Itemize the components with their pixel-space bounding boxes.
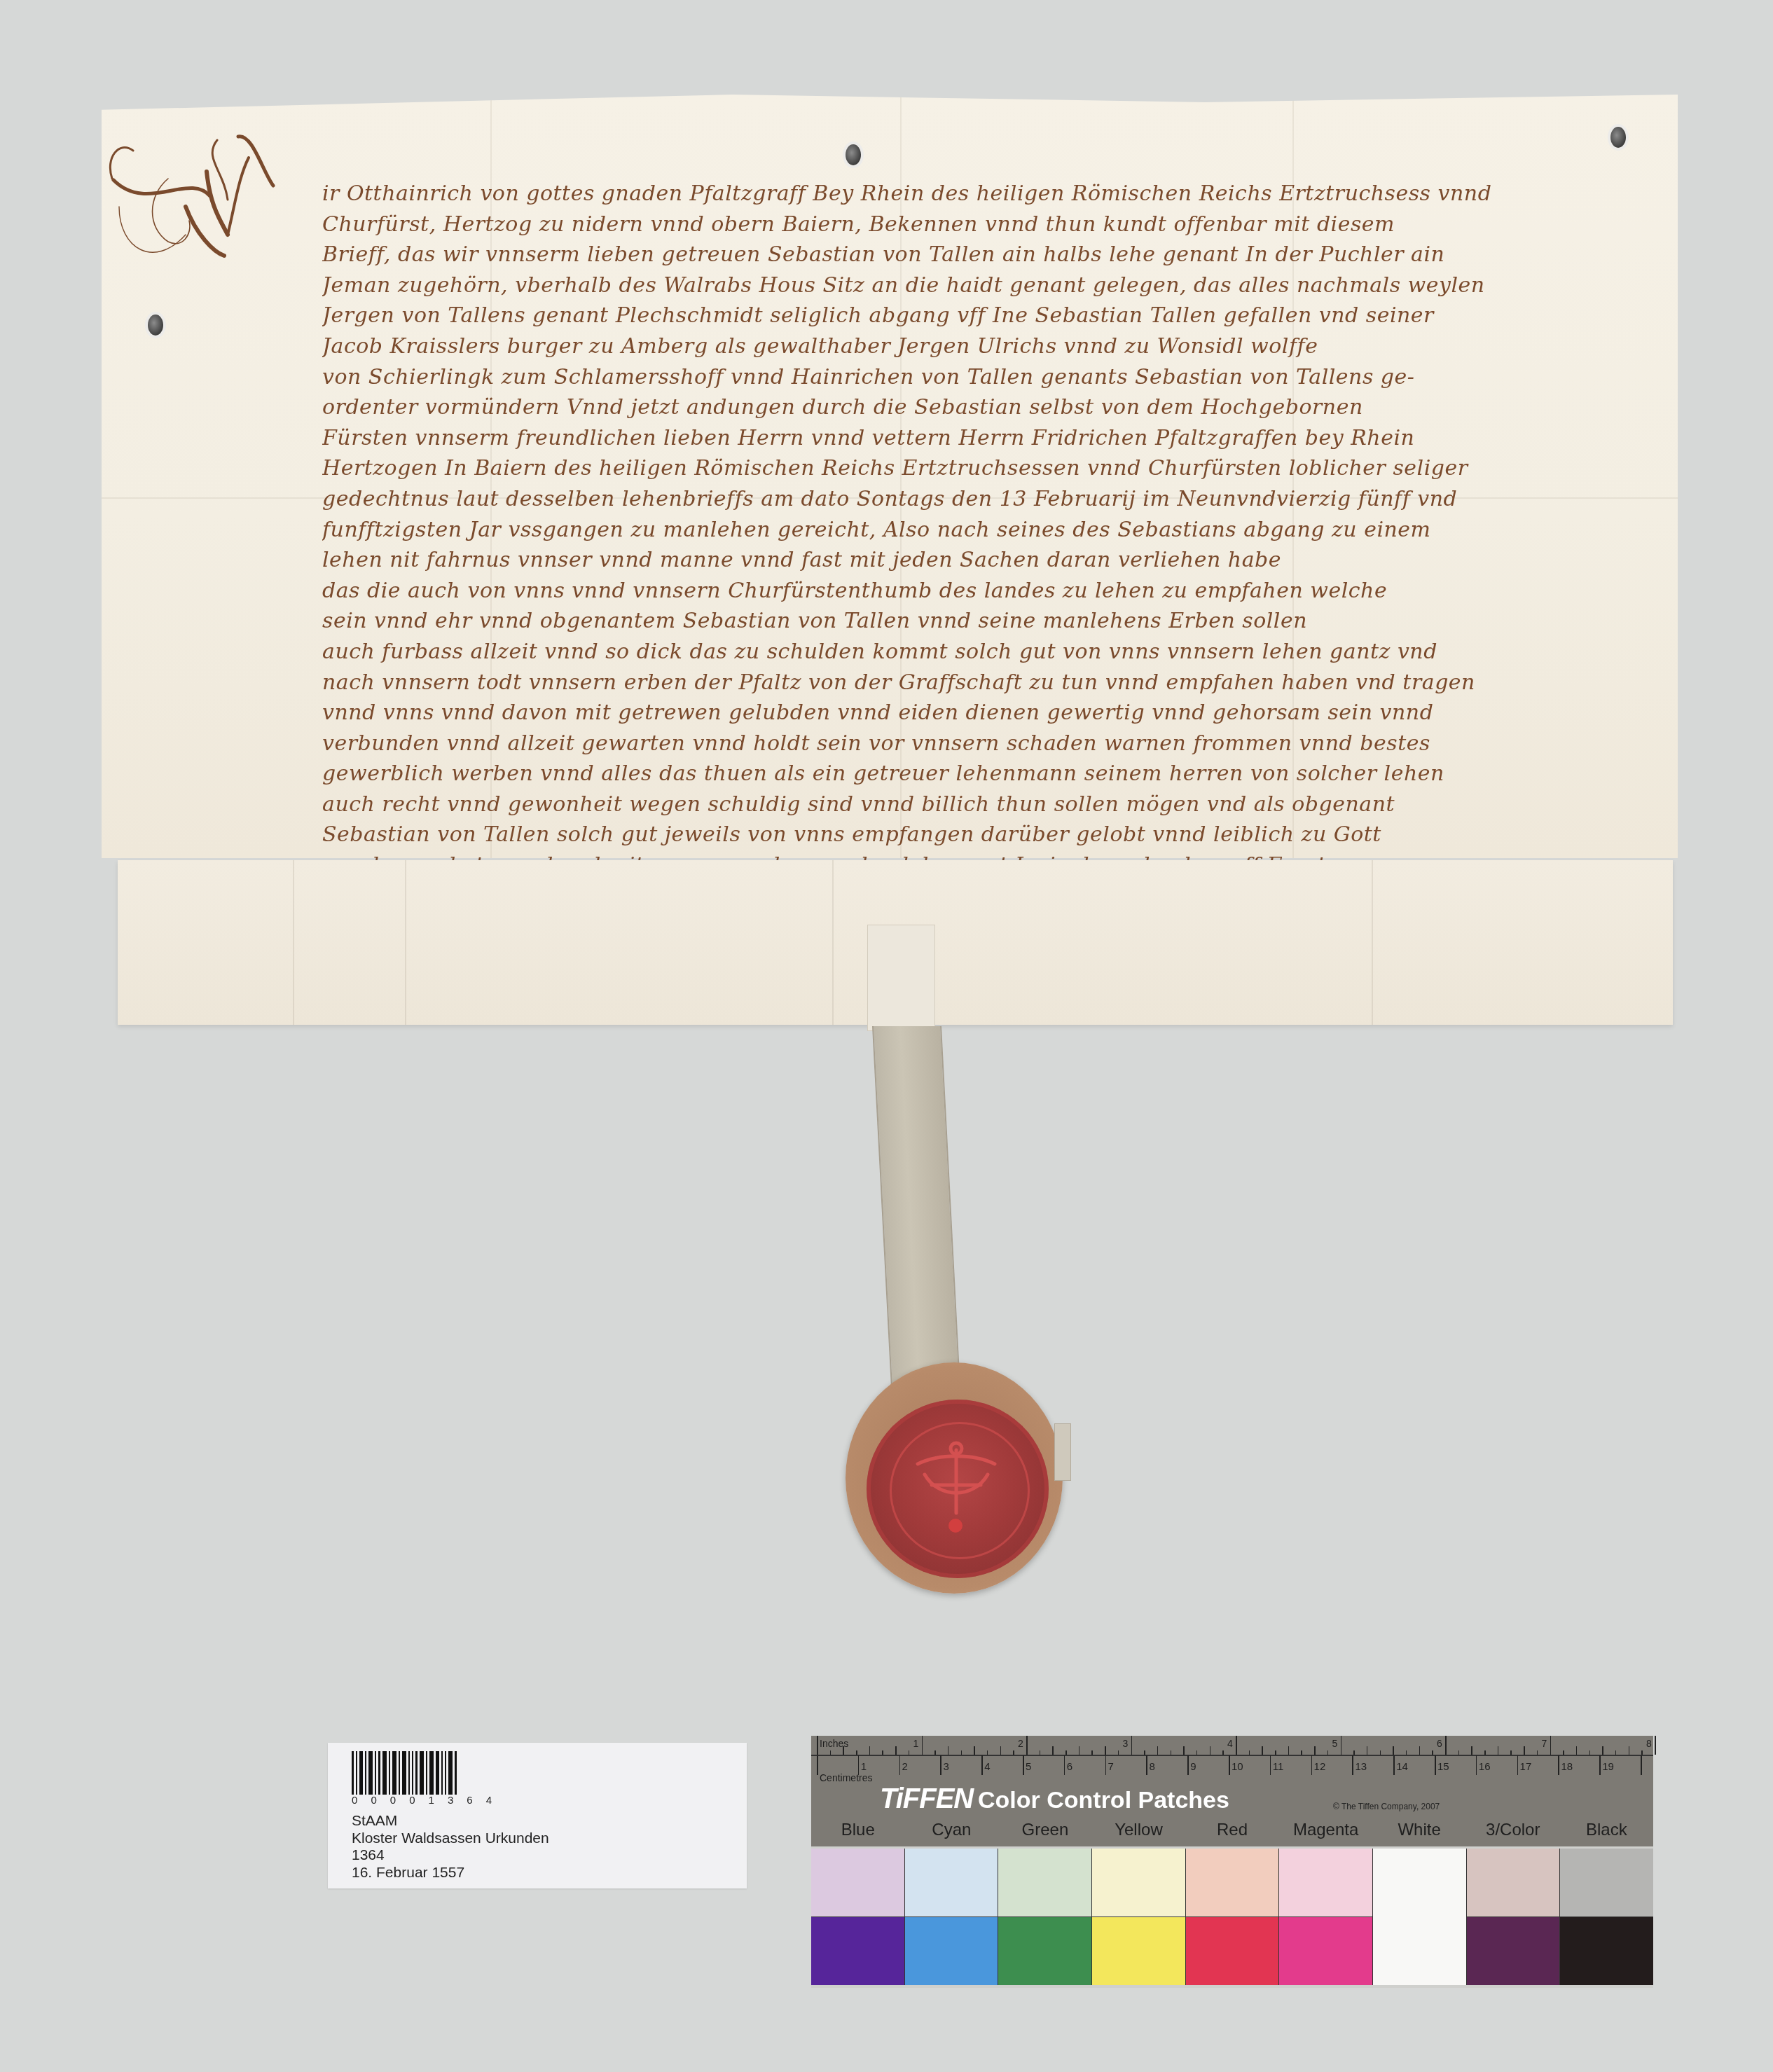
patch-blue [811, 1849, 905, 1985]
punch-hole [1610, 127, 1626, 148]
inch-tick [869, 1746, 871, 1755]
cm-mark: 13 [1355, 1761, 1367, 1773]
inch-tick [1118, 1750, 1119, 1755]
inch-tick [909, 1750, 910, 1755]
inch-tick [1367, 1746, 1368, 1755]
text-line: gedechtnus laut desselben lehenbrieffs a… [322, 484, 1583, 515]
text-line: Churfürst, Hertzog zu nidern vnnd obern … [322, 209, 1583, 240]
cm-tick [1517, 1755, 1519, 1775]
patch-swatch-light [1186, 1849, 1279, 1917]
text-line: ir Otthainrich von gottes gnaden Pfaltzg… [322, 179, 1583, 209]
inch-tick [1445, 1736, 1447, 1755]
text-line: Brieff, das wir vnnserm lieben getreuen … [322, 240, 1583, 270]
patch-label: Green [998, 1817, 1092, 1844]
inch-mark: 8 [1646, 1738, 1652, 1749]
text-line: funfftzigsten Jar vssgangen zu manlehen … [322, 515, 1583, 546]
patch-label: White [1372, 1817, 1466, 1844]
inch-tick [1171, 1750, 1172, 1755]
cm-mark: 14 [1396, 1761, 1408, 1773]
cm-tick [1558, 1755, 1559, 1775]
cm-tick [1270, 1755, 1271, 1775]
inch-tick [1602, 1746, 1603, 1755]
patch-swatch [1373, 1849, 1466, 1985]
patch-swatch-dark [998, 1917, 1091, 1985]
cm-mark: 1 [861, 1761, 867, 1773]
cm-mark: 2 [902, 1761, 908, 1773]
patch-label: Black [1560, 1817, 1654, 1844]
text-line: gewerblich werben vnnd alles das thuen a… [322, 759, 1583, 789]
patch-swatch-light [1279, 1849, 1372, 1917]
cm-tick [981, 1755, 983, 1775]
cm-tick [1393, 1755, 1395, 1775]
barcode-number: 0 0 0 0 1 3 6 4 [352, 1795, 492, 1807]
patch-magenta [1279, 1849, 1373, 1985]
color-control-chart: 1234567812345678910111213141516171819 In… [811, 1736, 1653, 1988]
inch-tick [1314, 1746, 1316, 1755]
text-line: Jergen von Tallens genant Plechschmidt s… [322, 301, 1583, 331]
inch-tick [1615, 1750, 1617, 1755]
punch-hole [148, 315, 163, 336]
inch-tick [882, 1750, 883, 1755]
patch-label: Red [1185, 1817, 1279, 1844]
cm-tick [1352, 1755, 1353, 1775]
patch-swatch-dark [1467, 1917, 1560, 1985]
text-line: das die auch von vnns vnnd vnnsern Churf… [322, 576, 1583, 607]
text-line: Jacob Kraisslers burger zu Amberg als ge… [322, 331, 1583, 362]
inch-tick [1013, 1750, 1014, 1755]
patch-swatch-light [811, 1849, 904, 1917]
cm-mark: 6 [1067, 1761, 1072, 1773]
patch-label: Blue [811, 1817, 905, 1844]
inch-tick [1052, 1746, 1054, 1755]
inch-tick [1353, 1750, 1355, 1755]
patch-label: Magenta [1279, 1817, 1373, 1844]
inch-tick [1510, 1750, 1512, 1755]
cm-tick [1187, 1755, 1189, 1775]
inch-tick [817, 1736, 818, 1755]
cm-mark: 19 [1602, 1761, 1614, 1773]
inch-tick [1144, 1750, 1145, 1755]
inch-tick [1537, 1750, 1538, 1755]
inch-tick [1380, 1750, 1381, 1755]
inches-label: Inches [820, 1738, 848, 1749]
cm-mark: 4 [984, 1761, 990, 1773]
patch-swatch-light [905, 1849, 998, 1917]
inch-tick [856, 1750, 857, 1755]
inch-tick [1262, 1746, 1263, 1755]
cm-tick [1435, 1755, 1436, 1775]
barcode-digit: 4 [486, 1795, 492, 1807]
cm-mark: 11 [1273, 1761, 1284, 1773]
inch-mark: 3 [1123, 1738, 1129, 1749]
inch-tick [1471, 1746, 1472, 1755]
text-line: sein vnnd ehr vnnd obgenantem Sebastian … [322, 606, 1583, 637]
barcode-digit: 0 [371, 1795, 376, 1807]
patch-swatch-dark [1279, 1917, 1372, 1985]
inch-tick [922, 1736, 923, 1755]
seal-strap [872, 1026, 962, 1418]
patch-swatch-light [1467, 1849, 1560, 1917]
inch-tick [987, 1750, 988, 1755]
patch-yellow [1092, 1849, 1186, 1985]
fold-crease [405, 860, 406, 1025]
inch-tick [1524, 1746, 1525, 1755]
inch-tick [1406, 1750, 1407, 1755]
inch-tick [1157, 1746, 1159, 1755]
seal-coat-of-arms-icon [904, 1436, 1009, 1527]
inch-tick [1091, 1750, 1093, 1755]
patch-swatch-dark [811, 1917, 904, 1985]
inch-tick [1183, 1746, 1185, 1755]
text-line: verbunden vnnd allzeit gewarten vnnd hol… [322, 728, 1583, 759]
inch-tick [1576, 1746, 1578, 1755]
patch-label: 3/Color [1466, 1817, 1560, 1844]
centimetres-label: Centimetres [820, 1772, 872, 1783]
cm-tick [1476, 1755, 1477, 1775]
cm-mark: 10 [1232, 1761, 1243, 1773]
chart-title: Color Control Patches [978, 1787, 1229, 1814]
label-date: 16. Februar 1557 [352, 1865, 549, 1882]
patch-swatch-dark [1186, 1917, 1279, 1985]
text-line: ordenter vormündern Vnnd jetzt andungen … [322, 392, 1583, 423]
cm-tick [1229, 1755, 1230, 1775]
inch-tick [1065, 1750, 1067, 1755]
inch-tick [1458, 1750, 1460, 1755]
cm-mark: 16 [1479, 1761, 1491, 1773]
patch-label: Cyan [905, 1817, 999, 1844]
cm-tick [1064, 1755, 1065, 1775]
inch-tick [934, 1750, 936, 1755]
inch-tick [948, 1746, 949, 1755]
patch-green [998, 1849, 1092, 1985]
seal-strap-end [1054, 1423, 1071, 1481]
inch-tick [1222, 1750, 1224, 1755]
cm-mark: 7 [1108, 1761, 1114, 1773]
cm-tick [899, 1755, 901, 1775]
inch-tick [895, 1746, 897, 1755]
inch-tick [1131, 1736, 1133, 1755]
inch-tick [1498, 1746, 1499, 1755]
inch-tick [1641, 1750, 1643, 1755]
patch-swatch-light [1092, 1849, 1185, 1917]
cm-mark: 12 [1314, 1761, 1326, 1773]
fold-crease [293, 860, 294, 1025]
cm-tick [817, 1755, 818, 1775]
inch-mark: 2 [1018, 1738, 1023, 1749]
patch-swatch-dark [905, 1917, 998, 1985]
patch-swatch-dark [1560, 1917, 1653, 1985]
inch-mark: 7 [1542, 1738, 1547, 1749]
label-archive: StAAM [352, 1813, 549, 1830]
inch-mark: 6 [1437, 1738, 1442, 1749]
text-line: auch recht vnnd gewonheit wegen schuldig… [322, 789, 1583, 820]
label-number: 1364 [352, 1847, 549, 1865]
cm-mark: 3 [943, 1761, 948, 1773]
tiffen-logo: TiFFEN [880, 1783, 973, 1815]
patch-labels: Blue Cyan Green Yellow Red Magenta White… [811, 1817, 1653, 1844]
inch-tick [830, 1750, 832, 1755]
inch-tick [1327, 1750, 1329, 1755]
text-line: Fürsten vnnserm freundlichen lieben Herr… [322, 423, 1583, 454]
inch-mark: 1 [913, 1738, 919, 1749]
text-line: auch furbass allzeit vnnd so dick das zu… [322, 637, 1583, 668]
inch-tick [1040, 1750, 1041, 1755]
cm-tick [1023, 1755, 1024, 1775]
text-line: Sebastian von Tallen solch gut jeweils v… [322, 820, 1583, 850]
inch-tick [1026, 1736, 1028, 1755]
patch-3-color [1467, 1849, 1561, 1985]
inch-mark: 4 [1227, 1738, 1233, 1749]
cm-mark: 9 [1190, 1761, 1196, 1773]
archive-label: 0 0 0 0 1 3 6 4 StAAM Kloster Waldsassen… [328, 1743, 747, 1888]
seal-strap-slit [867, 925, 935, 1031]
cm-tick [1105, 1755, 1107, 1775]
inch-tick [1196, 1750, 1198, 1755]
patch-swatch-light [998, 1849, 1091, 1917]
patch-cyan [905, 1849, 999, 1985]
inch-tick [1563, 1750, 1564, 1755]
cm-mark: 5 [1026, 1761, 1031, 1773]
text-line: von Schierlingk zum Schlamersshoff vnnd … [322, 362, 1583, 393]
cm-mark: 17 [1520, 1761, 1532, 1773]
color-patches [811, 1849, 1653, 1985]
inch-tick [1432, 1750, 1433, 1755]
text-line: nach vnnsern todt vnnsern erben der Pfal… [322, 668, 1583, 698]
inch-tick [1589, 1750, 1591, 1755]
fold-crease [832, 860, 834, 1025]
cm-mark: 15 [1437, 1761, 1449, 1773]
inch-tick [1550, 1736, 1552, 1755]
charter-text: ir Otthainrich von gottes gnaden Pfaltzg… [322, 179, 1583, 881]
patch-black [1560, 1849, 1653, 1985]
cm-mark: 18 [1561, 1761, 1573, 1773]
inch-tick [1000, 1746, 1002, 1755]
inch-tick [1419, 1746, 1421, 1755]
ruler-band: 1234567812345678910111213141516171819 In… [811, 1736, 1653, 1846]
patch-swatch-light [1560, 1849, 1653, 1917]
inch-tick [961, 1750, 963, 1755]
inch-tick [1341, 1736, 1342, 1755]
label-collection: Kloster Waldsassen Urkunden [352, 1830, 549, 1848]
inch-tick [974, 1746, 975, 1755]
cm-tick [940, 1755, 941, 1775]
text-line: Jeman zugehörn, vberhalb des Walrabs Hou… [322, 270, 1583, 301]
text-line: lehen nit fahrnus vnnser vnnd manne vnnd… [322, 545, 1583, 576]
fold-crease [1372, 860, 1373, 1025]
barcode-digit: 0 [390, 1795, 396, 1807]
cm-tick [1311, 1755, 1313, 1775]
text-line: Hertzogen In Baiern des heiligen Römisch… [322, 453, 1583, 484]
inch-tick [1288, 1746, 1290, 1755]
inch-tick [1655, 1736, 1656, 1755]
decorated-initial-w-icon [105, 130, 329, 270]
inch-tick [1301, 1750, 1302, 1755]
barcode-digit: 6 [467, 1795, 472, 1807]
patch-swatch-dark [1092, 1917, 1185, 1985]
seal-boss [948, 1519, 963, 1533]
cm-tick [1641, 1755, 1642, 1775]
inch-tick [1210, 1746, 1211, 1755]
cm-mark: 8 [1149, 1761, 1154, 1773]
punch-hole [846, 144, 861, 165]
inch-tick [1249, 1750, 1250, 1755]
inch-tick [1105, 1746, 1106, 1755]
text-line: vnnd vnns vnnd davon mit getrewen gelubd… [322, 698, 1583, 728]
inch-tick [1484, 1750, 1486, 1755]
inch-tick [1079, 1746, 1080, 1755]
inch-tick [1275, 1750, 1276, 1755]
patch-label: Yellow [1092, 1817, 1186, 1844]
inch-mark: 5 [1332, 1738, 1338, 1749]
cm-tick [1599, 1755, 1601, 1775]
inch-tick [1236, 1736, 1237, 1755]
barcode-digit: 1 [429, 1795, 434, 1807]
barcode-digit: 0 [352, 1795, 357, 1807]
barcode-digit: 0 [409, 1795, 415, 1807]
barcode [352, 1751, 459, 1795]
patch-white [1373, 1849, 1467, 1985]
patch-red [1186, 1849, 1280, 1985]
inch-tick [1629, 1746, 1630, 1755]
barcode-digit: 3 [448, 1795, 453, 1807]
cm-tick [1146, 1755, 1147, 1775]
chart-copyright: © The Tiffen Company, 2007 [1333, 1802, 1440, 1811]
inch-tick [1393, 1746, 1394, 1755]
